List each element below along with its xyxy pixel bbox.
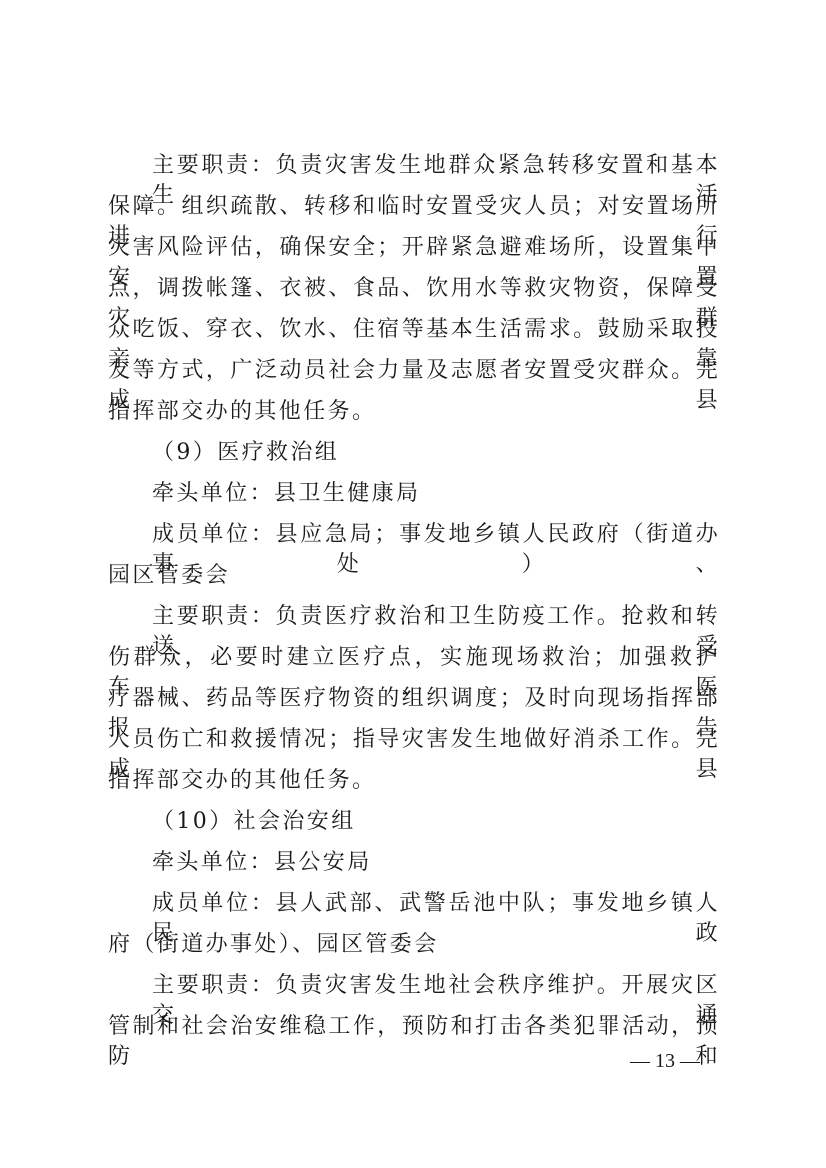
lead-unit-line: 牵头单位：县公安局 bbox=[152, 848, 720, 878]
document-page: 主要职责：负责灾害发生地群众紧急转移安置和基本生活 保障。组织疏散、转移和临时安… bbox=[0, 0, 826, 1168]
section-heading-10: （10）社会治安组 bbox=[152, 807, 720, 837]
paragraph-line: 管制和社会治安维稳工作，预防和打击各类犯罪活动，预防和 bbox=[108, 1012, 720, 1072]
lead-unit-line: 牵头单位：县卫生健康局 bbox=[152, 479, 720, 509]
paragraph-line: 园区管委会 bbox=[108, 561, 720, 591]
section-heading-9: （9）医疗救治组 bbox=[152, 438, 720, 468]
paragraph-line: 府（街道办事处）、园区管委会 bbox=[108, 930, 720, 960]
paragraph-line: 指挥部交办的其他任务。 bbox=[108, 397, 720, 427]
page-number: — 13 — bbox=[630, 1050, 700, 1073]
paragraph-line: 指挥部交办的其他任务。 bbox=[108, 766, 720, 796]
